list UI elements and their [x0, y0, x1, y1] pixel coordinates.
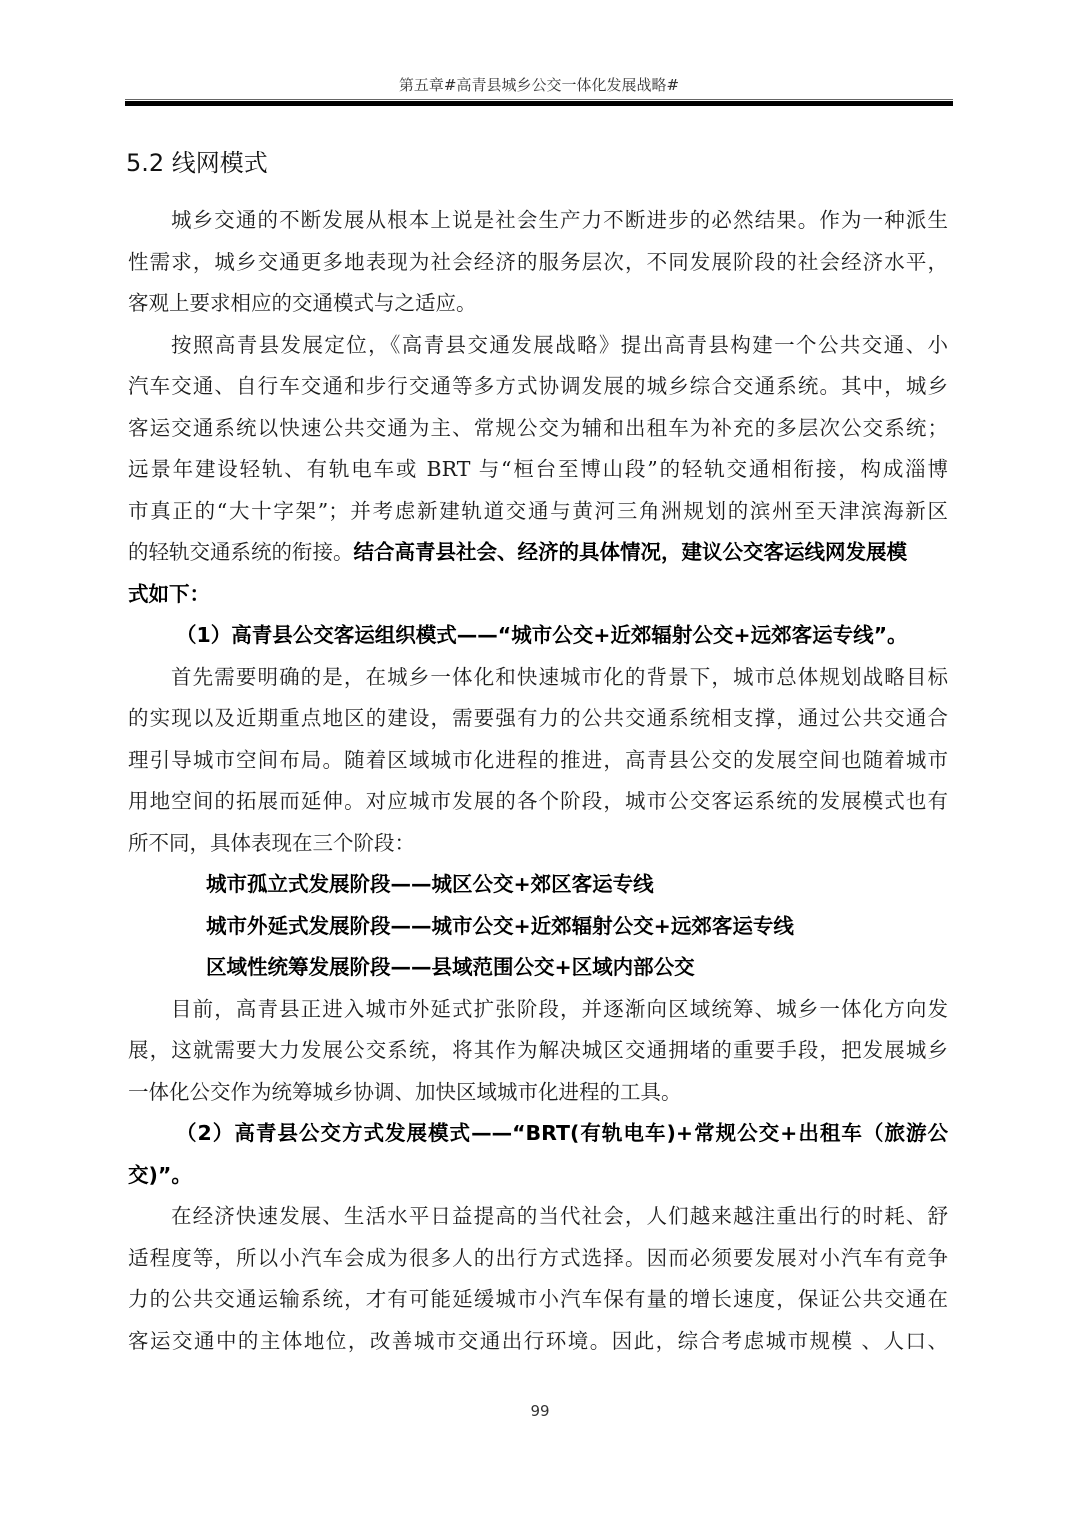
paragraph-line: 的实现以及近期重点地区的建设，需要强有力的公共交通系统相支撑，通过公共交通合: [128, 698, 948, 740]
header-rule-thick: [125, 101, 953, 106]
paragraph-line: 远景年建设轻轨、有轨电车或 BRT 与“桓台至博山段”的轻轨交通相衔接，构成淄博: [128, 449, 948, 491]
paragraph-line: 客观上要求相应的交通模式与之适应。: [128, 283, 948, 325]
paragraph-line: 力的公共交通运输系统，才有可能延缓城市小汽车保有量的增长速度，保证公共交通在: [128, 1279, 948, 1321]
subheading-2: （2）高青县公交方式发展模式——“BRT(有轨电车)+常规公交+出租车（旅游公: [128, 1113, 948, 1155]
stage-item: 城市孤立式发展阶段——城区公交+郊区客运专线: [128, 864, 948, 906]
paragraph-line: 首先需要明确的是，在城乡一体化和快速城市化的背景下，城市总体规划战略目标: [128, 657, 948, 699]
paragraph-line: 一体化公交作为统筹城乡协调、加快区域城市化进程的工具。: [128, 1072, 948, 1114]
paragraph-line: 适程度等，所以小汽车会成为很多人的出行方式选择。因而必须要发展对小汽车有竞争: [128, 1238, 948, 1280]
paragraph-line: 式如下：: [128, 574, 948, 616]
paragraph-line: 汽车交通、自行车交通和步行交通等多方式协调发展的城乡综合交通系统。其中，城乡: [128, 366, 948, 408]
subheading-1: （1）高青县公交客运组织模式——“城市公交+近郊辐射公交+远郊客运专线”。: [128, 615, 948, 657]
normal-text: 的轻轨交通系统的衔接。: [128, 540, 354, 564]
bold-text: 结合高青县社会、经济的具体情况，建议公交客运线网发展模: [354, 540, 908, 564]
paragraph-line: 用地空间的拓展而延伸。对应城市发展的各个阶段，城市公交客运系统的发展模式也有: [128, 781, 948, 823]
paragraph-line: 客运交通系统以快速公共交通为主、常规公交为辅和出租车为补充的多层次公交系统；: [128, 408, 948, 450]
paragraph-line: 展，这就需要大力发展公交系统，将其作为解决城区交通拥堵的重要手段，把发展城乡: [128, 1030, 948, 1072]
document-page: 第五章#高青县城乡公交一体化发展战略# 5.2 线网模式 城乡交通的不断发展从根…: [0, 0, 1080, 1527]
paragraph-line: 城乡交通的不断发展从根本上说是社会生产力不断进步的必然结果。作为一种派生: [128, 200, 948, 242]
paragraph-line: 在经济快速发展、生活水平日益提高的当代社会，人们越来越注重出行的时耗、舒: [128, 1196, 948, 1238]
stage-item: 城市外延式发展阶段——城市公交+近郊辐射公交+远郊客运专线: [128, 906, 948, 948]
subheading-2-cont: 交)”。: [128, 1155, 948, 1197]
body-text: 城乡交通的不断发展从根本上说是社会生产力不断进步的必然结果。作为一种派生 性需求…: [128, 200, 948, 1362]
paragraph-line-mixed: 的轻轨交通系统的衔接。结合高青县社会、经济的具体情况，建议公交客运线网发展模: [128, 532, 948, 574]
paragraph-line: 市真正的“大十字架”；并考虑新建轨道交通与黄河三角洲规划的滨州至天津滨海新区: [128, 491, 948, 533]
paragraph-line: 按照高青县发展定位，《高青县交通发展战略》提出高青县构建一个公共交通、小: [128, 325, 948, 367]
paragraph-line: 所不同，具体表现在三个阶段：: [128, 823, 948, 865]
header-rule-thin: [125, 99, 953, 100]
page-number: 99: [480, 1402, 600, 1420]
paragraph-line: 理引导城市空间布局。随着区域城市化进程的推进，高青县公交的发展空间也随着城市: [128, 740, 948, 782]
paragraph-line: 客运交通中的主体地位，改善城市交通出行环境。因此，综合考虑城市规模 、人口、: [128, 1321, 948, 1363]
paragraph-line: 目前，高青县正进入城市外延式扩张阶段，并逐渐向区域统筹、城乡一体化方向发: [128, 989, 948, 1031]
stage-item: 区域性统筹发展阶段——县域范围公交+区域内部公交: [128, 947, 948, 989]
section-title: 5.2 线网模式: [126, 143, 268, 178]
paragraph-line: 性需求，城乡交通更多地表现为社会经济的服务层次，不同发展阶段的社会经济水平，: [128, 242, 948, 284]
running-header: 第五章#高青县城乡公交一体化发展战略#: [125, 74, 953, 95]
